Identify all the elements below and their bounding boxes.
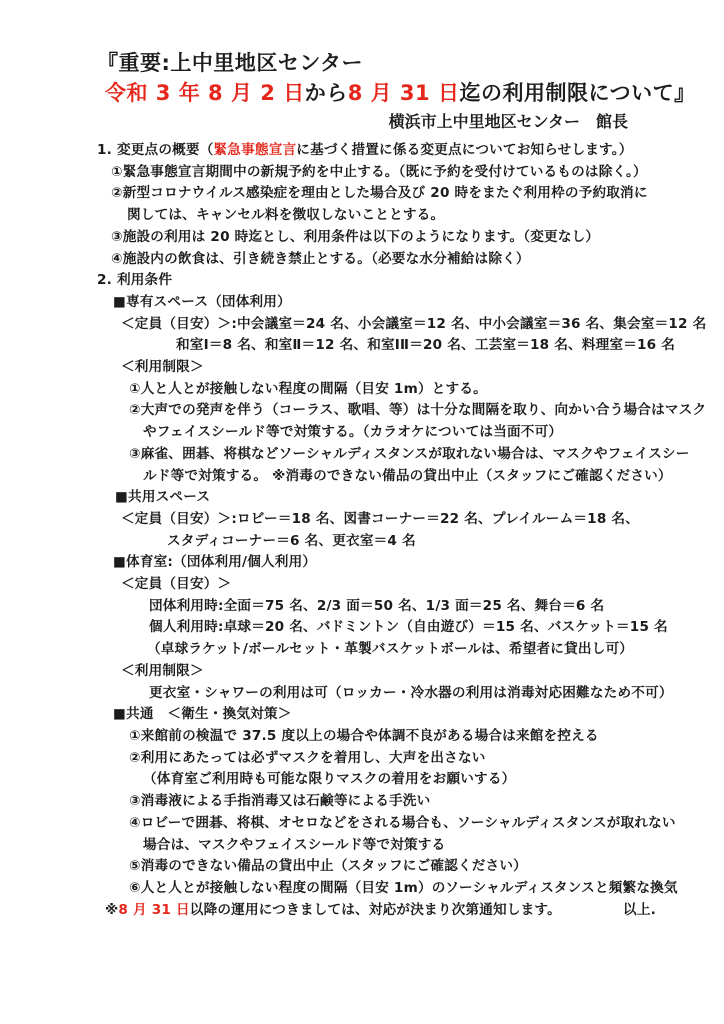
text-segment: 1. 変更点の概要（ <box>97 142 214 158</box>
text-segment: ＜利用制限＞ <box>121 663 204 679</box>
text-segment: ②新型コロナウイルス感染症を理由とした場合及び 20 時をまたぐ利用枠の予約取消… <box>111 185 648 201</box>
red-highlight-text: 8 月 31 日 <box>118 902 189 918</box>
text-segment: （体育室ご利用時も可能な限りマスクの着用をお願いする） <box>143 771 515 787</box>
text-segment: ■共通 ＜衛生・換気対策＞ <box>113 706 292 722</box>
text-segment: 個人利用時:卓球＝20 名、バドミントン（自由遊び）＝15 名、バスケット＝15… <box>149 619 668 635</box>
doc-line: 団体利用時:全面＝75 名、2/3 面＝50 名、1/3 面＝25 名、舞台＝6… <box>97 596 724 618</box>
text-segment: 迄の利用制限について』 <box>459 81 695 105</box>
doc-line: （卓球ラケット/ボールセット・革製バスケットボールは、希望者に貸出し可） <box>97 639 724 661</box>
text-segment: に基づく措置に係る変更点についてお知らせします。） <box>296 142 632 158</box>
doc-line: ③麻雀、囲碁、将棋などソーシャルディスタンスが取れない場合は、マスクやフェイスシ… <box>97 444 724 466</box>
doc-line: 関しては、キャンセル料を徴収しないこととする。 <box>97 205 724 227</box>
doc-line: スタディコーナー＝6 名、更衣室＝4 名 <box>97 531 724 553</box>
document-title-line2: 令和 3 年 8 月 2 日から8 月 31 日迄の利用制限について』 <box>97 78 724 108</box>
text-segment: ＜定員（目安）＞ <box>121 576 231 592</box>
text-segment: ■体育室:（団体利用/個人利用） <box>113 554 316 570</box>
text-segment: ＜利用制限＞ <box>121 359 204 375</box>
red-highlight-text: 緊急事態宣言 <box>214 142 297 158</box>
text-segment: （卓球ラケット/ボールセット・革製バスケットボールは、希望者に貸出し可） <box>147 641 633 657</box>
doc-line: ④施設内の飲食は、引き続き禁止とする。（必要な水分補給は除く） <box>97 249 724 271</box>
notice-page: 『重要:上中里地区センター 令和 3 年 8 月 2 日から8 月 31 日迄の… <box>0 0 724 1024</box>
text-segment: ①緊急事態宣言期間中の新規予約を中止する。（既に予約を受付けているものは除く。） <box>111 164 647 180</box>
text-segment: ③消毒液による手指消毒又は石鹸等による手洗い <box>129 793 430 809</box>
doc-line: ③消毒液による手指消毒又は石鹸等による手洗い <box>97 791 724 813</box>
text-segment: やフェイスシールド等で対策する。（カラオケについては当面不可） <box>143 424 562 440</box>
doc-line: ①人と人とが接触しない程度の間隔（目安 1m）とする。 <box>97 379 724 401</box>
text-segment: ■共用スペース <box>115 489 210 505</box>
document-body: 1. 変更点の概要（緊急事態宣言に基づく措置に係る変更点についてお知らせします。… <box>97 140 724 921</box>
doc-line: ⑤消毒のできない備品の貸出中止（スタッフにご確認ください） <box>97 856 724 878</box>
text-segment: 関しては、キャンセル料を徴収しないこととする。 <box>127 207 444 223</box>
doc-line: ■共通 ＜衛生・換気対策＞ <box>97 704 724 726</box>
doc-line: ④ロビーで囲碁、将棋、オセロなどをされる場合も、ソーシャルディスタンスが取れない <box>97 813 724 835</box>
document-title-line1: 『重要:上中里地区センター <box>97 48 724 78</box>
doc-line: （体育室ご利用時も可能な限りマスクの着用をお願いする） <box>97 769 724 791</box>
text-segment: 『重要:上中里地区センター <box>97 51 363 75</box>
text-segment: ＜定員（目安）＞:中会議室＝24 名、小会議室＝12 名、中小会議室＝36 名、… <box>121 316 706 332</box>
doc-line: 和室Ⅰ＝8 名、和室Ⅱ＝12 名、和室ⅠⅡ＝20 名、工芸室＝18 名、料理室＝… <box>97 335 724 357</box>
text-segment: 団体利用時:全面＝75 名、2/3 面＝50 名、1/3 面＝25 名、舞台＝6… <box>149 598 604 614</box>
text-segment: ⑥人と人とが接触しない程度の間隔（目安 1m）のソーシャルディスタンスと頻繁な換… <box>129 880 678 896</box>
doc-line: ■体育室:（団体利用/個人利用） <box>97 552 724 574</box>
text-segment: ④施設内の飲食は、引き続き禁止とする。（必要な水分補給は除く） <box>111 251 530 267</box>
text-segment: ①来館前の検温で 37.5 度以上の場合や体調不良がある場合は来館を控える <box>129 728 599 744</box>
doc-line: ＜利用制限＞ <box>97 357 724 379</box>
doc-line: ③施設の利用は 20 時迄とし、利用条件は以下のようになります。（変更なし） <box>97 227 724 249</box>
text-segment: スタディコーナー＝6 名、更衣室＝4 名 <box>167 533 416 549</box>
text-segment: ※ <box>105 902 118 918</box>
text-segment: 2. 利用条件 <box>97 272 172 288</box>
doc-line: ＜定員（目安）＞:ロビー＝18 名、図書コーナー＝22 名、プレイルーム＝18 … <box>97 509 724 531</box>
text-segment: 和室Ⅰ＝8 名、和室Ⅱ＝12 名、和室ⅠⅡ＝20 名、工芸室＝18 名、料理室＝… <box>176 337 675 353</box>
text-segment: から <box>305 81 348 105</box>
doc-line: 2. 利用条件 <box>97 270 724 292</box>
red-highlight-text: 8 月 31 日 <box>348 81 460 105</box>
text-segment: ルド等で対策する。 ※消毒のできない備品の貸出中止（スタッフにご確認ください） <box>143 468 672 484</box>
notice-document: 『重要:上中里地区センター 令和 3 年 8 月 2 日から8 月 31 日迄の… <box>97 48 724 921</box>
doc-line: ②大声での発声を伴う（コーラス、歌唱、等）は十分な間隔を取り、向かい合う場合はマ… <box>97 400 724 422</box>
text-segment: 場合は、マスクやフェイスシールド等で対策する <box>143 837 445 853</box>
doc-line: ①来館前の検温で 37.5 度以上の場合や体調不良がある場合は来館を控える <box>97 726 724 748</box>
text-segment: 更衣室・シャワーの利用は可（ロッカー・冷水器の利用は消毒対応困難なため不可） <box>149 685 673 701</box>
text-segment: ③麻雀、囲碁、将棋などソーシャルディスタンスが取れない場合は、マスクやフェイスシ… <box>129 446 690 462</box>
text-segment: ④ロビーで囲碁、将棋、オセロなどをされる場合も、ソーシャルディスタンスが取れない <box>129 815 676 831</box>
doc-line: 更衣室・シャワーの利用は可（ロッカー・冷水器の利用は消毒対応困難なため不可） <box>97 683 724 705</box>
text-segment: 以降の運用につきましては、対応が決まり次第通知します。 以上. <box>190 902 656 918</box>
text-segment: ⑤消毒のできない備品の貸出中止（スタッフにご確認ください） <box>129 858 527 874</box>
doc-line: 1. 変更点の概要（緊急事態宣言に基づく措置に係る変更点についてお知らせします。… <box>97 140 724 162</box>
text-segment: ②大声での発声を伴う（コーラス、歌唱、等）は十分な間隔を取り、向かい合う場合はマ… <box>129 402 706 418</box>
text-segment: ■専有スペース（団体利用） <box>113 294 291 310</box>
doc-line: ■専有スペース（団体利用） <box>97 292 724 314</box>
doc-line: ＜定員（目安）＞:中会議室＝24 名、小会議室＝12 名、中小会議室＝36 名、… <box>97 314 724 336</box>
text-segment: ＜定員（目安）＞:ロビー＝18 名、図書コーナー＝22 名、プレイルーム＝18 … <box>121 511 639 527</box>
doc-line: ＜利用制限＞ <box>97 661 724 683</box>
signature-line: 横浜市上中里地区センター 館長 <box>97 110 724 134</box>
doc-line: ②新型コロナウイルス感染症を理由とした場合及び 20 時をまたぐ利用枠の予約取消… <box>97 183 724 205</box>
doc-line: ①緊急事態宣言期間中の新規予約を中止する。（既に予約を受付けているものは除く。） <box>97 162 724 184</box>
red-highlight-text: 令和 3 年 8 月 2 日 <box>105 81 305 105</box>
doc-line: ■共用スペース <box>97 487 724 509</box>
doc-line: ※8 月 31 日以降の運用につきましては、対応が決まり次第通知します。 以上. <box>97 900 724 922</box>
doc-line: ②利用にあたっては必ずマスクを着用し、大声を出さない <box>97 748 724 770</box>
doc-line: ルド等で対策する。 ※消毒のできない備品の貸出中止（スタッフにご確認ください） <box>97 466 724 488</box>
text-segment: ③施設の利用は 20 時迄とし、利用条件は以下のようになります。（変更なし） <box>111 229 599 245</box>
doc-line: やフェイスシールド等で対策する。（カラオケについては当面不可） <box>97 422 724 444</box>
text-segment: ①人と人とが接触しない程度の間隔（目安 1m）とする。 <box>129 381 487 397</box>
doc-line: 場合は、マスクやフェイスシールド等で対策する <box>97 835 724 857</box>
doc-line: ⑥人と人とが接触しない程度の間隔（目安 1m）のソーシャルディスタンスと頻繁な換… <box>97 878 724 900</box>
doc-line: ＜定員（目安）＞ <box>97 574 724 596</box>
text-segment: ②利用にあたっては必ずマスクを着用し、大声を出さない <box>129 750 486 766</box>
doc-line: 個人利用時:卓球＝20 名、バドミントン（自由遊び）＝15 名、バスケット＝15… <box>97 617 724 639</box>
